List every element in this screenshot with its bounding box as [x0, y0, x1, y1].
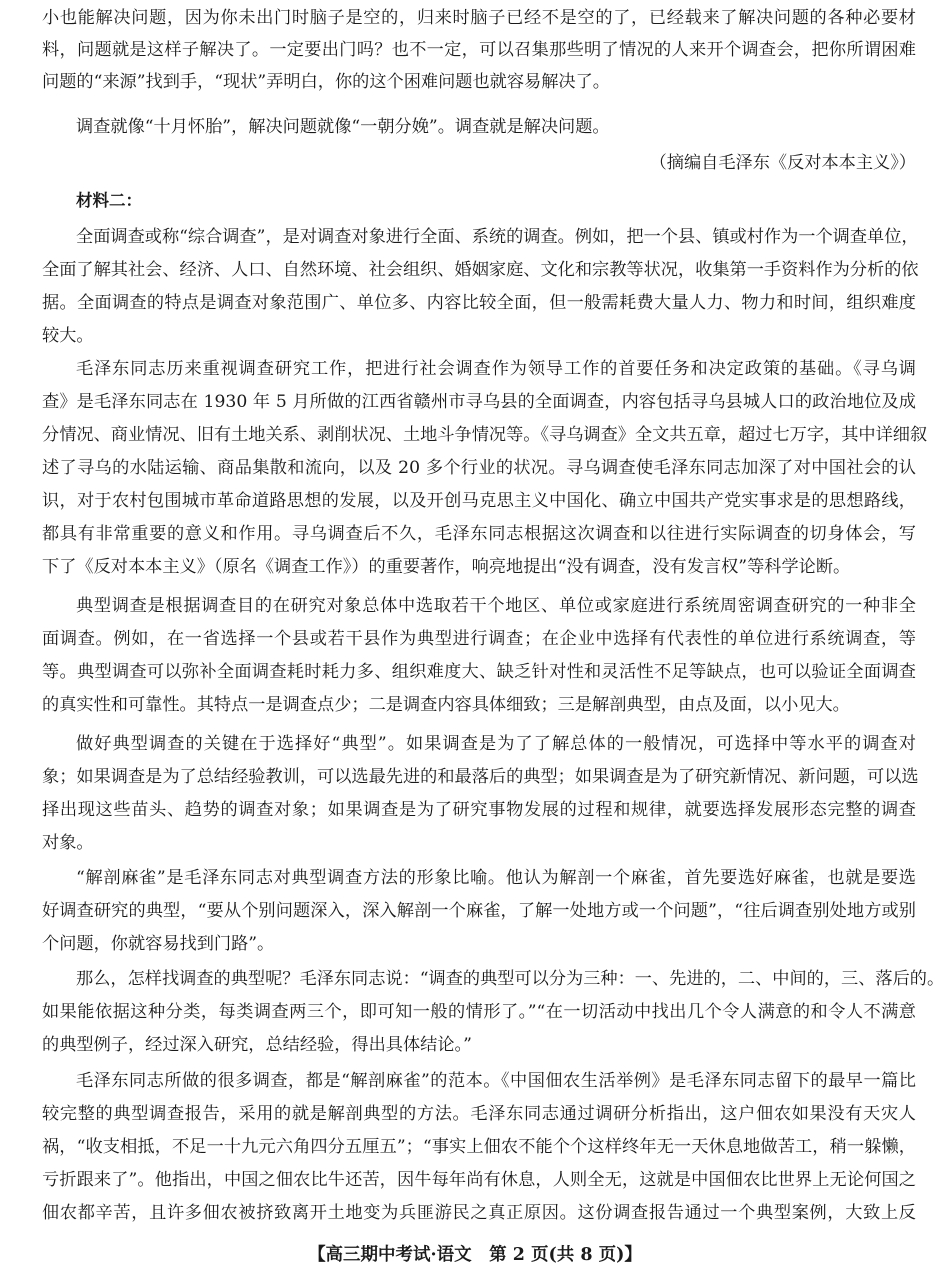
paragraph-line: 面调查。例如，在一省选择一个县或若干县作为典型进行调查；在企业中选择有代表性的单… [42, 623, 916, 656]
paragraph-line: 佃农都辛苦，且许多佃农被挤致离开土地变为兵匪游民之真正原因。这份调查报告通过一个… [42, 1197, 916, 1230]
paragraph-line: 毛泽东同志历来重视调查研究工作，把进行社会调查作为领导工作的首要任务和决定政策的… [42, 353, 916, 386]
paragraph-line: 亏折跟来了”。他指出，中国之佃农比牛还苦，因牛每年尚有休息，人则全无，这就是中国… [42, 1164, 916, 1197]
paragraph-line: 对象。 [42, 827, 916, 860]
paragraph-line: 个问题，你就容易找到门路”。 [42, 928, 916, 961]
paragraph-line: 的真实性和可靠性。其特点一是调查点少；二是调查内容具体细致；三是解剖典型，由点及… [42, 689, 916, 722]
paragraph-line: 查》是毛泽东同志在 1930 年 5 月所做的江西省赣州市寻乌县的全面调查，内容… [42, 386, 916, 419]
paragraph-line: 象；如果调查是为了总结经验教训，可以选最先进的和最落后的典型；如果调查是为了研究… [42, 761, 916, 794]
paragraph-line: 下了《反对本本主义》（原名《调查工作》）的重要著作，响亮地提出“没有调查，没有发… [42, 551, 916, 584]
paragraph-line: 全面调查或称“综合调查”，是对调查对象进行全面、系统的调查。例如，把一个县、镇或… [42, 221, 916, 254]
paragraph-line: 等。典型调查可以弥补全面调查耗时耗力多、组织难度大、缺乏针对性和灵活性不足等缺点… [42, 656, 916, 689]
paragraph-line: 料，问题就是这样子解决了。一定要出门吗？也不一定，可以召集那些明了情况的人来开个… [42, 34, 916, 67]
paragraph-line: 如果能依据这种分类，每类调查两三个，即可知一般的情形了。”“在一切活动中找出几个… [42, 996, 916, 1029]
paragraph-line: 全面了解其社会、经济、人口、自然环境、社会组织、婚姻家庭、文化和宗教等状况，收集… [42, 254, 916, 287]
paragraph-line: 祸，“收支相抵，不足一十九元六角四分五厘五”；“事实上佃农不能个个这样终年无一天… [42, 1131, 916, 1164]
paragraph-line: 典型调查是根据调查目的在研究对象总体中选取若干个地区、单位或家庭进行系统周密调查… [42, 590, 916, 623]
paragraph-line: “解剖麻雀”是毛泽东同志对典型调查方法的形象比喻。他认为解剖一个麻雀，首先要选好… [42, 862, 916, 895]
paragraph-line: 较大。 [42, 320, 916, 353]
paragraph-line: 做好典型调查的关键在于选择好“典型”。如果调查是为了了解总体的一般情况，可选择中… [42, 728, 916, 761]
paragraph-line: 分情况、商业情况、旧有土地关系、剥削状况、土地斗争情况等。《寻乌调查》全文共五章… [42, 419, 916, 452]
paragraph-line: 都具有非常重要的意义和作用。寻乌调查后不久，毛泽东同志根据这次调查和以往进行实际… [42, 518, 916, 551]
paragraph-line: 较完整的典型调查报告，采用的就是解剖典型的方法。毛泽东同志通过调研分析指出，这户… [42, 1098, 916, 1131]
paragraph-line: 那么，怎样找调查的典型呢？毛泽东同志说：“调查的典型可以分为三种：一、先进的，二… [42, 963, 916, 996]
paragraph-line: 问题的“来源”找到手，“现状”弄明白，你的这个困难问题也就容易解决了。 [42, 66, 916, 99]
paragraph-line: 小也能解决问题，因为你未出门时脑子是空的，归来时脑子已经不是空的了，已经载来了解… [42, 2, 916, 35]
paragraph-line: 好调查研究的典型，“要从个别问题深入，深入解剖一个麻雀，了解一处地方或一个问题”… [42, 895, 916, 928]
paragraph-line: 择出现这些苗头、趋势的调查对象；如果调查是为了研究事物发展的过程和规律，就要选择… [42, 794, 916, 827]
source-citation: （摘编自毛泽东《反对本本主义》） [42, 147, 916, 180]
paragraph-line: 调查就像“十月怀胎”，解决问题就像“一朝分娩”。调查就是解决问题。 [42, 111, 916, 144]
page-footer: 【高三期中考试·语文 第 2 页(共 8 页)】 [0, 1240, 950, 1270]
paragraph-line: 毛泽东同志所做的很多调查，都是“解剖麻雀”的范本。《中国佃农生活举例》是毛泽东同… [42, 1065, 916, 1098]
paragraph-line: 据。全面调查的特点是调查对象范围广、单位多、内容比较全面，但一般需耗费大量人力、… [42, 287, 916, 320]
paragraph-line: 的典型例子，经过深入研究，总结经验，得出具体结论。” [42, 1029, 916, 1062]
paragraph-line: 述了寻乌的水陆运输、商品集散和流向，以及 20 多个行业的状况。寻乌调查使毛泽东… [42, 452, 916, 485]
paragraph-line: 识，对于农村包围城市革命道路思想的发展，以及开创马克思主义中国化、确立中国共产党… [42, 485, 916, 518]
section-heading: 材料二： [42, 184, 916, 217]
